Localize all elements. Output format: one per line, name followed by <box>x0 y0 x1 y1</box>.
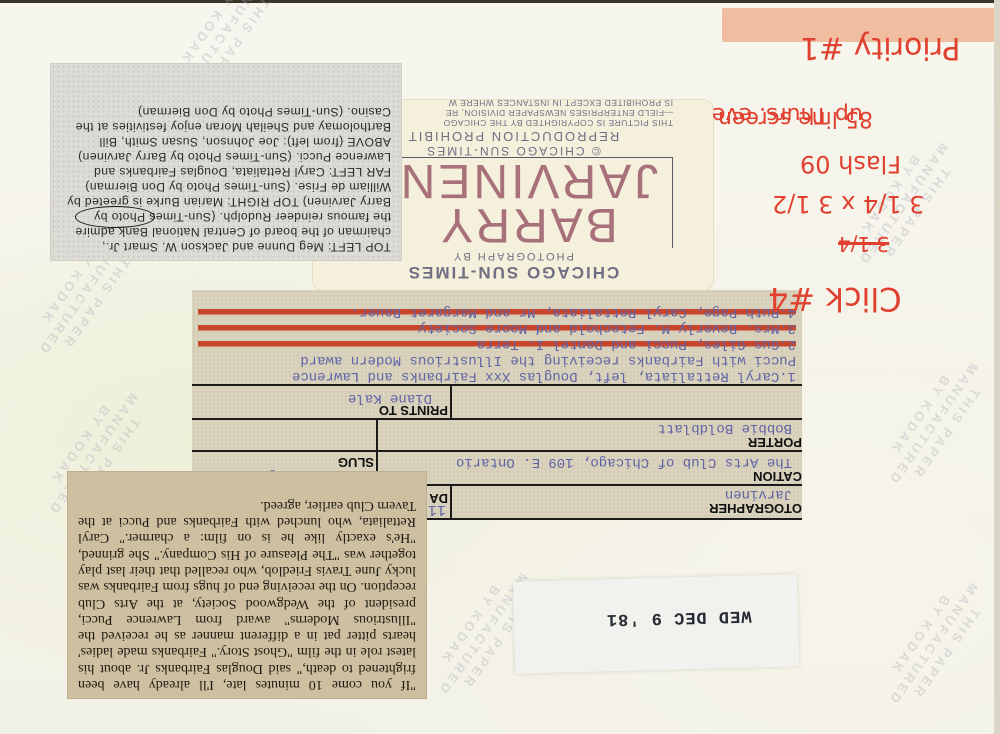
caption-line: 1.Caryl Rettaliata, left, Douglas Xxx Fa… <box>198 368 796 384</box>
handwritten-priority: Priority #1 <box>800 30 961 65</box>
date-stamp-tape: WED DEC 9 '81 <box>513 574 799 673</box>
top-edge <box>0 0 1000 3</box>
form-rule <box>192 384 802 386</box>
right-edge <box>994 0 1000 734</box>
photographer-label: OTOGRAPHER <box>709 501 802 516</box>
reporter-label: PORTER <box>748 435 802 450</box>
handwritten-size: 3 1/4 x 3 1/2 <box>772 190 925 218</box>
caption-clipping-top: TOP LEFT: Meg Dunne and Jackson W. Smart… <box>51 64 401 260</box>
handwritten-click: Click #4 <box>768 280 902 318</box>
circled-word-mark <box>75 206 155 228</box>
caption-line-struck: 4.Ruth Page, Caryl Rettaliata, Mr and Ma… <box>198 304 796 320</box>
handwritten-size-struck: 3 1/4 <box>838 232 889 256</box>
photographer-first-name: BARRY <box>383 202 673 246</box>
form-caption: 1.Caryl Rettaliata, left, Douglas Xxx Fa… <box>198 288 796 384</box>
location-label: CATION <box>753 469 802 484</box>
form-rule <box>450 486 452 520</box>
form-rule <box>192 450 802 452</box>
reporter-value: Bobbie Boldblatt <box>658 420 792 436</box>
caption-line: Pucci with Fairbanks receiving the Illus… <box>198 352 796 368</box>
clipping-text: "If you come 10 minutes late, I'll alrea… <box>78 478 416 692</box>
form-rule <box>450 386 452 420</box>
date-stamp: WED DEC 9 '81 <box>606 606 752 629</box>
location-value: The Arts Club of Chicago, 109 E. Ontario <box>456 454 792 470</box>
slug-label: SLUG <box>338 455 374 470</box>
kodak-watermark: THIS PAPER MANUFACTURED BY KODAK <box>871 351 994 498</box>
story-clipping-bottom: "If you come 10 minutes late, I'll alrea… <box>68 472 426 698</box>
handwritten-screen: 85 line screen <box>718 106 873 131</box>
handwritten-flash: Flash 09 <box>800 150 901 178</box>
photographer-last-name: JARVINEN <box>383 158 673 202</box>
photographer-value: Jarvinen <box>725 486 792 502</box>
prints-to-value: Diane Kale <box>348 390 432 406</box>
kodak-watermark: THIS PAPER MANUFACTURED BY KODAK <box>871 571 994 718</box>
caption-line-struck: 3.Mrs. Beverly M. Fetechold and Moore So… <box>198 320 796 336</box>
stamp-header: CHICAGO SUN-TIMES <box>313 262 713 282</box>
caption-line-struck: 2.Gus Giles, Pucci and Dantel I. Terra <box>198 336 796 352</box>
photo-back: THIS PAPER MANUFACTURED BY KODAK THIS PA… <box>0 0 1000 734</box>
